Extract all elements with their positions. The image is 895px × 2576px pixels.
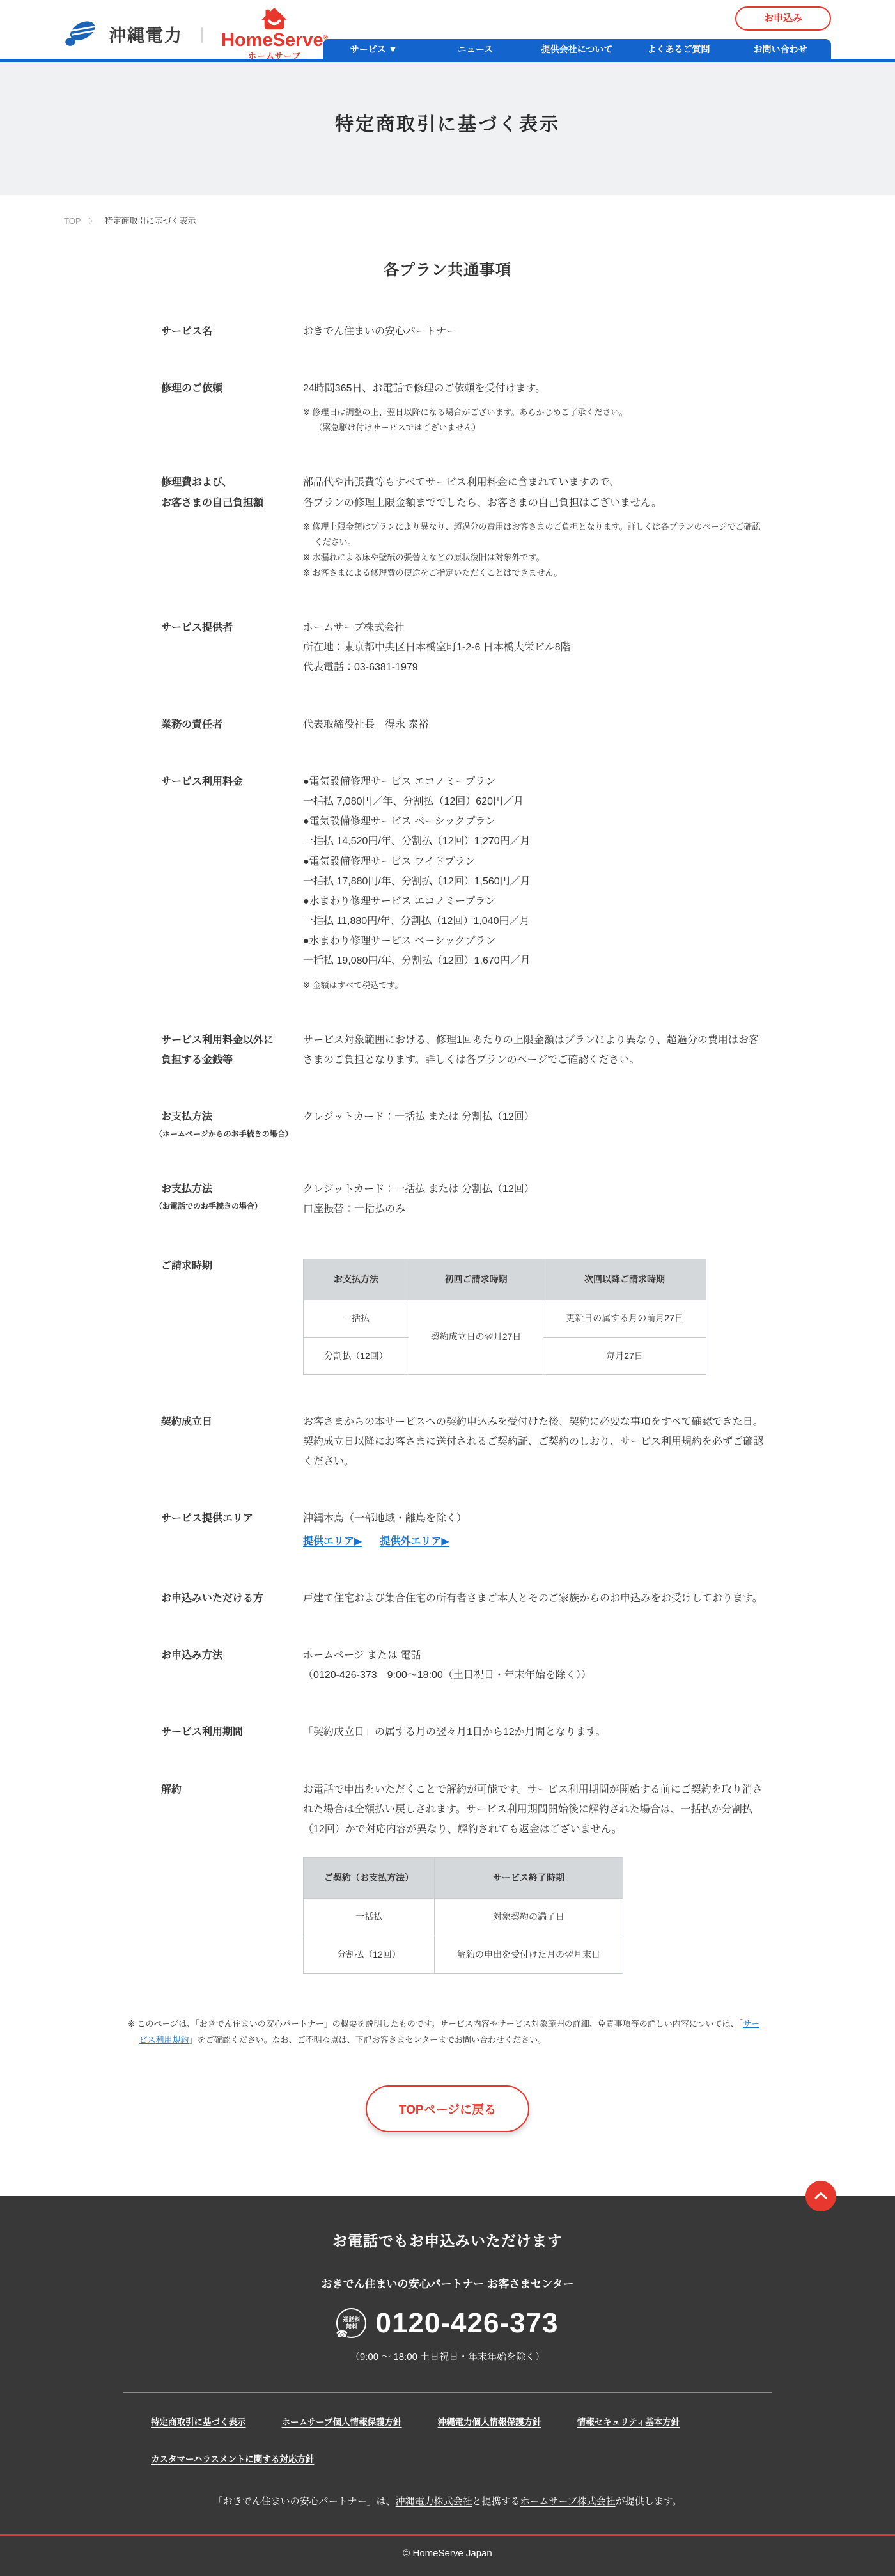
row-value: お客さまからの本サービスへの契約申込みを受付けた後、契約に必要な事項をすべて確認… <box>303 1412 767 1472</box>
footer-link-harassment[interactable]: カスタマーハラスメントに関する対応方針 <box>151 2452 314 2465</box>
price-line: 一括払 14,520円/年、分割払（12回）1,270円／月 <box>303 831 767 851</box>
cancel-cell: 一括払 <box>304 1899 435 1936</box>
price-line: 一括払 11,880円/年、分割払（12回）1,040円／月 <box>303 911 767 931</box>
billing-table: お支払方法 初回ご請求時期 次回以降ご請求時期 一括払 契約成立日の翌月27日 … <box>303 1259 706 1375</box>
billing-col-header: 次回以降ご請求時期 <box>543 1259 706 1300</box>
chevron-up-icon <box>814 2192 827 2204</box>
row-label: 業務の責任者 <box>128 715 303 735</box>
row-cancellation: 解約 お電話で申出をいただくことで解約が可能です。サービス利用期間が開始する前に… <box>128 1780 767 1974</box>
site-footer: お電話でもお申込みいただけます おきでん住まいの安心パートナー お客さまセンター… <box>0 2196 895 2576</box>
scroll-to-top-button[interactable] <box>805 2181 836 2211</box>
breadcrumb-current: 特定商取引に基づく表示 <box>105 216 196 226</box>
page-title-band: 特定商取引に基づく表示 <box>0 62 895 195</box>
site-logo[interactable]: 沖縄電力 ｜ HomeServe® ホームサーブ <box>64 8 328 60</box>
row-value: 「契約成立日」の属する月の翌々月1日から12か月間となります。 <box>303 1722 767 1742</box>
plan-line: ●水まわり修理サービス エコノミープラン <box>303 891 767 911</box>
plan-line: ●電気設備修理サービス エコノミープラン <box>303 772 767 792</box>
row-manager: 業務の責任者 代表取締役社長 得永 泰裕 <box>128 715 767 735</box>
row-label-line2: 負担する金銭等 <box>161 1055 233 1065</box>
cancel-col-header: サービス終了時期 <box>435 1858 623 1899</box>
phone-icon: ☎ <box>336 2330 348 2339</box>
footer-link-okiden-privacy[interactable]: 沖縄電力個人情報保護方針 <box>438 2415 541 2428</box>
apply-button[interactable]: お申込み <box>735 6 831 31</box>
logo-divider: ｜ <box>194 23 210 45</box>
row-label: お支払方法 <box>161 1111 212 1122</box>
row-repair-cost: 修理費および、 お客さまの自己負担額 部品代や出張費等もすべてサービス利用料金に… <box>128 473 767 581</box>
row-note: ※ 金額はすべて税込です。 <box>303 978 767 993</box>
row-value: 代表電話：03-6381-1979 <box>303 657 767 677</box>
row-value: 口座振替：一括払のみ <box>303 1199 767 1219</box>
footer-divider <box>123 2392 772 2393</box>
nav-item-contact[interactable]: お問い合わせ <box>729 43 831 56</box>
footer-link-security[interactable]: 情報セキュリティ基本方針 <box>577 2415 680 2428</box>
copyright-bar: © HomeServe Japan <box>0 2534 895 2576</box>
phone-number: 0120-426-373 <box>375 2307 558 2339</box>
breadcrumb-home-link[interactable]: TOP <box>64 216 81 226</box>
billing-cell: 更新日の属する月の前月27日 <box>543 1300 706 1337</box>
row-how-to-apply: お申込み方法 ホームページ または 電話 （0120-426-373 9:00～… <box>128 1645 767 1685</box>
nav-item-company[interactable]: 提供会社について <box>526 43 628 56</box>
homeserve-logo-text: HomeServe® <box>221 30 328 51</box>
row-note: ※ 修理上限金額はプランにより異なり、超過分の費用はお客さまのご負担となります。… <box>303 519 767 550</box>
row-area: サービス提供エリア 沖縄本島（一部地域・離島を除く） 提供エリア▶ 提供外エリア… <box>128 1509 767 1551</box>
row-label: サービス提供者 <box>128 618 303 638</box>
row-label: 修理のご依頼 <box>128 379 303 398</box>
area-link[interactable]: 提供エリア▶ <box>303 1532 362 1551</box>
row-label: サービス利用料金以外に <box>161 1035 274 1046</box>
row-extra-fees: サービス利用料金以外に 負担する金銭等 サービス対象範囲における、修理1回あたり… <box>128 1030 767 1070</box>
row-label: 解約 <box>128 1780 303 1800</box>
billing-cell: 毎月27日 <box>543 1337 706 1374</box>
row-eligible: お申込みいただける方 戸建て住宅および集合住宅の所有者さまご本人とそのご家族から… <box>128 1589 767 1608</box>
area-outside-link[interactable]: 提供外エリア▶ <box>380 1532 449 1551</box>
row-label: 修理費および、 <box>161 477 232 488</box>
row-note: ※ 修理日は調整の上、翌日以降になる場合がございます。あらかじめご了承ください。 <box>303 405 767 420</box>
billing-col-header: お支払方法 <box>304 1259 409 1300</box>
row-note: ※ 水漏れによる床や壁紙の張替えなどの原状復旧は対象外です。 <box>303 550 767 565</box>
nav-item-faq[interactable]: よくあるご質問 <box>628 43 729 56</box>
row-contract-date: 契約成立日 お客さまからの本サービスへの契約申込みを受付けた後、契約に必要な事項… <box>128 1412 767 1472</box>
row-payment-web: お支払方法 （ホームページからのお手続きの場合） クレジットカード：一括払 また… <box>128 1107 767 1142</box>
table-row: 一括払 契約成立日の翌月27日 更新日の属する月の前月27日 <box>304 1300 706 1337</box>
billing-cell: 一括払 <box>304 1300 409 1337</box>
row-sublabel: （お電話でのお手続きの場合） <box>155 1199 303 1214</box>
row-value: 代表取締役社長 得永 泰裕 <box>303 715 767 735</box>
cancel-col-header: ご契約（お支払方法） <box>304 1858 435 1899</box>
row-label: ご請求時期 <box>128 1256 303 1276</box>
billing-cell-merged: 契約成立日の翌月27日 <box>409 1300 543 1375</box>
okiden-logo-icon <box>64 17 98 51</box>
row-label: サービス名 <box>128 322 303 342</box>
okiden-logo-text: 沖縄電力 <box>109 22 183 47</box>
row-value: 24時間365日、お電話で修理のご依頼を受付けます。 <box>303 379 767 398</box>
row-note: ※ お客さまによる修理費の使途をご指定いただくことはできません。 <box>303 565 767 581</box>
footer-links: 特定商取引に基づく表示 ホームサーブ個人情報保護方針 沖縄電力個人情報保護方針 … <box>123 2415 772 2465</box>
cancel-cell: 分割払（12回） <box>304 1936 435 1973</box>
row-label-line2: お客さまの自己負担額 <box>161 498 263 508</box>
row-label: お申込み方法 <box>128 1645 303 1665</box>
breadcrumb-separator-icon: 〉 <box>89 217 97 226</box>
copyright: © HomeServe Japan <box>403 2548 492 2559</box>
phone-hours: （9:00 ～ 18:00 土日祝日・年末年始を除く） <box>0 2350 895 2363</box>
row-provider: サービス提供者 ホームサーブ株式会社 所在地：東京都中央区日本橋室町1-2-6 … <box>128 618 767 678</box>
row-value: クレジットカード：一括払 または 分割払（12回） <box>303 1107 767 1127</box>
homeserve-house-icon <box>261 8 288 31</box>
row-label: お申込みいただける方 <box>128 1589 303 1608</box>
row-label: サービス利用料金 <box>128 772 303 792</box>
row-label: サービス利用期間 <box>128 1722 303 1742</box>
section-title: 各プラン共通事項 <box>128 257 767 279</box>
homeserve-logo: HomeServe® ホームサーブ <box>221 8 328 60</box>
table-row: 一括払 対象契約の満了日 <box>304 1899 623 1936</box>
cancellation-table: ご契約（お支払方法） サービス終了時期 一括払 対象契約の満了日 分割払（12回… <box>303 1857 623 1974</box>
row-value: ホームサーブ株式会社 <box>303 618 767 638</box>
row-value: 部品代や出張費等もすべてサービス利用料金に含まれていますので、 <box>303 473 767 492</box>
row-sublabel: （ホームページからのお手続きの場合） <box>155 1127 303 1142</box>
row-value: ホームページ または 電話 <box>303 1645 767 1665</box>
row-billing: ご請求時期 お支払方法 初回ご請求時期 次回以降ご請求時期 一括払 契約成立日の… <box>128 1256 767 1375</box>
homeserve-company-link[interactable]: ホームサーブ株式会社 <box>520 2496 616 2507</box>
phone-row: 通話料 無料 ☎ 0120-426-373 <box>0 2307 895 2339</box>
row-value: 沖縄本島（一部地域・離島を除く） <box>303 1509 767 1528</box>
toll-free-badge: 通話料 無料 ☎ <box>336 2308 366 2338</box>
footer-subheading: おきでん住まいの安心パートナー お客さまセンター <box>0 2275 895 2291</box>
page-footnote: ※ このページは、「おきでん住まいの安心パートナー」の概要を説明したものです。サ… <box>128 2016 767 2048</box>
cancel-cell: 対象契約の満了日 <box>435 1899 623 1936</box>
row-value: クレジットカード：一括払 または 分割払（12回） <box>303 1179 767 1199</box>
price-line: 一括払 17,880円/年、分割払（12回）1,560円／月 <box>303 872 767 891</box>
nav-item-news[interactable]: ニュース <box>424 43 526 56</box>
row-repair-request: 修理のご依頼 24時間365日、お電話で修理のご依頼を受付けます。 ※ 修理日は… <box>128 379 767 436</box>
row-service-period: サービス利用期間 「契約成立日」の属する月の翌々月1日から12か月間となります。 <box>128 1722 767 1742</box>
okiden-company-link[interactable]: 沖縄電力株式会社 <box>396 2496 472 2507</box>
back-to-top-page-button[interactable]: TOPページに戻る <box>366 2085 529 2132</box>
spacer <box>128 2132 767 2196</box>
provider-statement: 「おきでん住まいの安心パートナー」は、沖縄電力株式会社と提携するホームサーブ株式… <box>0 2494 895 2534</box>
page-title: 特定商取引に基づく表示 <box>335 110 560 136</box>
cancel-cell: 解約の申出を受付けた月の翌月末日 <box>435 1936 623 1973</box>
row-value: 所在地：東京都中央区日本橋室町1-2-6 日本橋大栄ビル8階 <box>303 638 767 657</box>
footer-heading: お電話でもお申込みいただけます <box>0 2229 895 2250</box>
row-value: おきでん住まいの安心パートナー <box>303 322 767 342</box>
row-note: （緊急駆け付けサービスではございません） <box>303 420 767 436</box>
plan-line: ●水まわり修理サービス ベーシックプラン <box>303 931 767 951</box>
price-line: 一括払 7,080円／年、分割払（12回）620円／月 <box>303 792 767 812</box>
row-value: お電話で申出をいただくことで解約が可能です。サービス利用期間が開始する前にご契約… <box>303 1780 767 1840</box>
plan-line: ●電気設備修理サービス ワイドプラン <box>303 852 767 872</box>
row-value: 戸建て住宅および集合住宅の所有者さまご本人とそのご家族からのお申込みをお受けして… <box>303 1589 767 1608</box>
nav-item-service[interactable]: サービス ▼ <box>323 43 424 56</box>
row-payment-phone: お支払方法 （お電話でのお手続きの場合） クレジットカード：一括払 または 分割… <box>128 1179 767 1219</box>
main-content: 各プラン共通事項 サービス名 おきでん住まいの安心パートナー 修理のご依頼 24… <box>128 226 767 2196</box>
homeserve-logo-subtext: ホームサーブ <box>221 52 328 60</box>
footer-link-homeserve-privacy[interactable]: ホームサーブ個人情報保護方針 <box>282 2415 402 2428</box>
row-fees: サービス利用料金 ●電気設備修理サービス エコノミープラン 一括払 7,080円… <box>128 772 767 993</box>
price-line: 一括払 19,080円/年、分割払（12回）1,670円／月 <box>303 951 767 971</box>
table-row: 分割払（12回） 解約の申出を受付けた月の翌月末日 <box>304 1936 623 1973</box>
billing-col-header: 初回ご請求時期 <box>409 1259 543 1300</box>
row-value: 各プランの修理上限金額まででしたら、お客さまの自己負担はございません。 <box>303 493 767 513</box>
plan-line: ●電気設備修理サービス ベーシックプラン <box>303 812 767 831</box>
row-value: サービス対象範囲における、修理1回あたりの上限金額はプランにより異なり、超過分の… <box>303 1030 767 1070</box>
site-header: 沖縄電力 ｜ HomeServe® ホームサーブ お申込み サービス ▼ ニュー… <box>0 0 895 59</box>
row-label: サービス提供エリア <box>128 1509 303 1528</box>
billing-cell: 分割払（12回） <box>304 1337 409 1374</box>
main-nav: サービス ▼ ニュース 提供会社について よくあるご質問 お問い合わせ <box>323 39 831 59</box>
row-label: お支払方法 <box>161 1184 212 1195</box>
footer-link-tokutei[interactable]: 特定商取引に基づく表示 <box>151 2415 246 2428</box>
row-label: 契約成立日 <box>128 1412 303 1432</box>
row-value: （0120-426-373 9:00～18:00（土日祝日・年末年始を除く）） <box>303 1665 767 1685</box>
row-service-name: サービス名 おきでん住まいの安心パートナー <box>128 322 767 342</box>
breadcrumb: TOP 〉 特定商取引に基づく表示 <box>0 195 895 226</box>
